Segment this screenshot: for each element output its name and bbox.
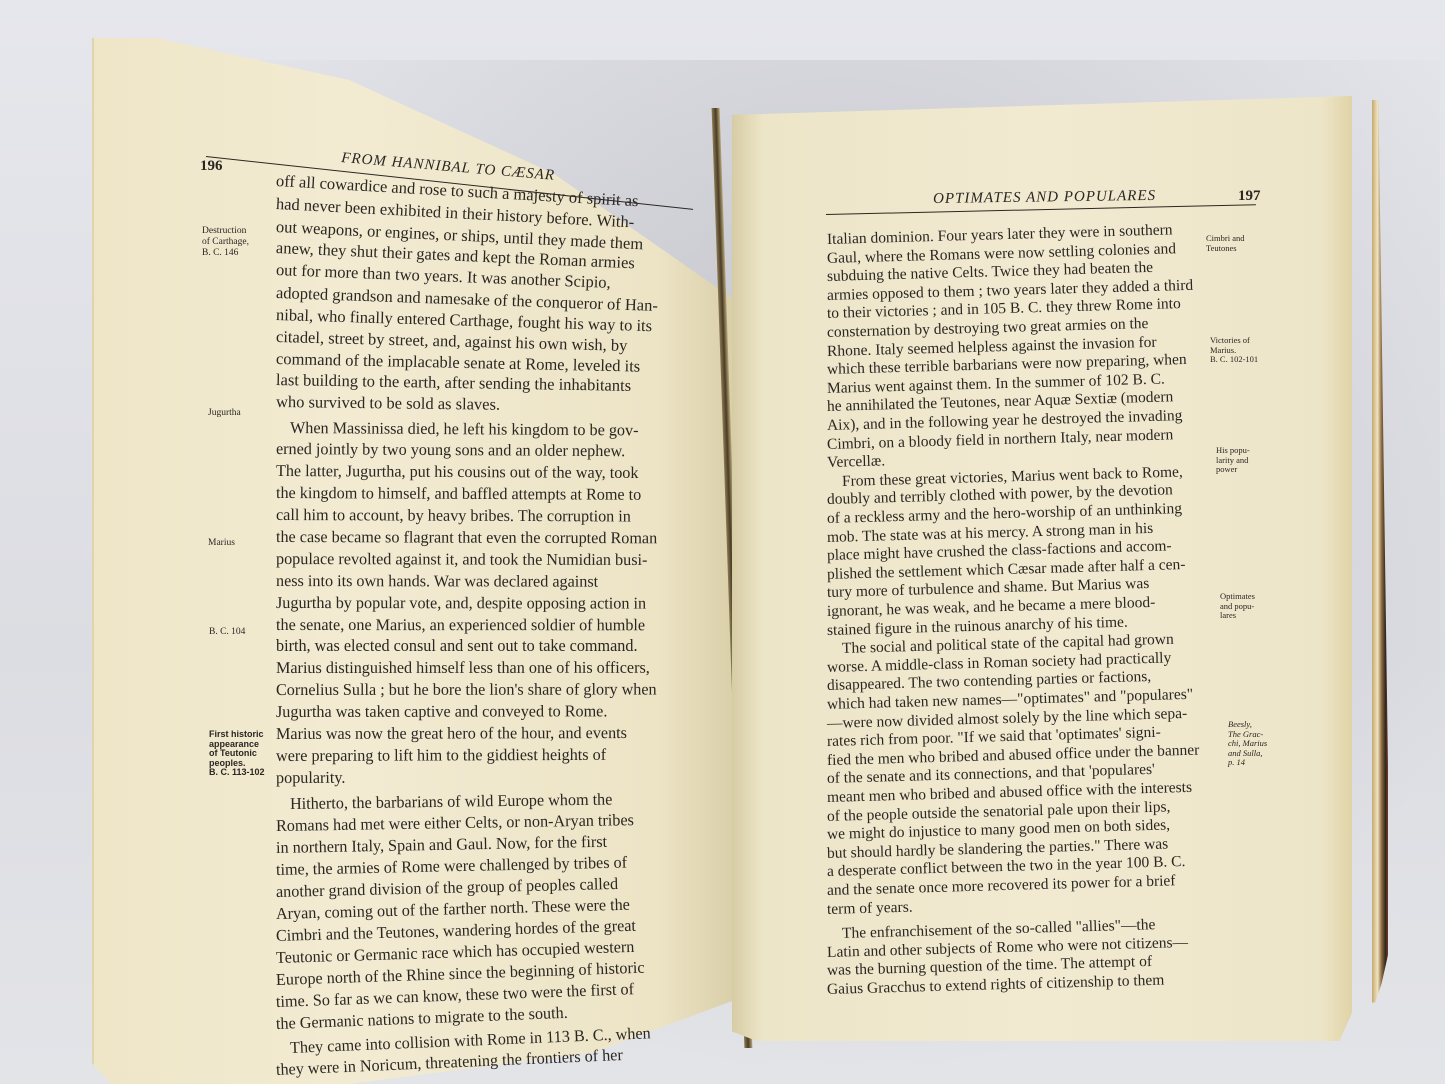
margin-note-beesly-citation: Beesly, The Grac- chi, Marius and Sulla,… — [1228, 720, 1267, 768]
margin-note-jugurtha: Jugurtha — [208, 408, 241, 419]
text-line: the senate, one Marius, an experienced s… — [276, 617, 686, 634]
text-line: birth, was elected consul and sent out t… — [276, 638, 686, 655]
text-line: When Massinissa died, he left his kingdo… — [290, 420, 700, 439]
text-line: popularity. — [276, 768, 686, 786]
text-line: the case became so flagrant that even th… — [276, 529, 686, 547]
page-number-left: 196 — [200, 158, 223, 175]
text-line: Jugurtha by popular vote, and, despite o… — [276, 595, 686, 612]
margin-note-teutonic-peoples: First historic appearance of Teutonic pe… — [209, 730, 265, 778]
margin-note-destruction-carthage: Destruction of Carthage, B. C. 146 — [202, 226, 249, 259]
margin-note-popularity-power: His popu- larity and power — [1216, 446, 1250, 475]
margin-note-marius: Marius — [208, 538, 235, 549]
page-number-right: 197 — [1238, 188, 1261, 205]
text-line: erned jointly by two young sons and an o… — [276, 441, 686, 460]
margin-note-bc-104: B. C. 104 — [209, 627, 245, 638]
text-line: The latter, Jugurtha, put his cousins ou… — [276, 463, 686, 482]
text-line: Vercellæ. — [827, 454, 886, 471]
margin-note-victories-marius: Victories of Marius. B. C. 102-101 — [1210, 336, 1258, 365]
text-line: were preparing to lift him to the giddie… — [276, 747, 686, 765]
text-line: the kingdom to himself, and baffled atte… — [276, 485, 686, 504]
margin-note-optimates-populares: Optimates and popu- lares — [1220, 592, 1255, 621]
text-line: Jugurtha was taken captive and conveyed … — [276, 703, 686, 720]
text-line: call him to account, by heavy bribes. Th… — [276, 507, 686, 525]
text-line: populace revolted against it, and took t… — [276, 551, 686, 569]
text-line: Cornelius Sulla ; but he bore the lion's… — [276, 681, 686, 698]
text-line: ness into its own hands. War was declare… — [276, 573, 686, 590]
text-line: Marius distinguished himself less than o… — [276, 660, 686, 677]
margin-note-cimbri-teutones: Cimbri and Teutones — [1206, 234, 1244, 253]
text-line: Marius was now the great hero of the hou… — [276, 725, 686, 743]
text-line: term of years. — [827, 899, 913, 917]
running-head-right: OPTIMATES AND POPULARES — [933, 188, 1156, 208]
